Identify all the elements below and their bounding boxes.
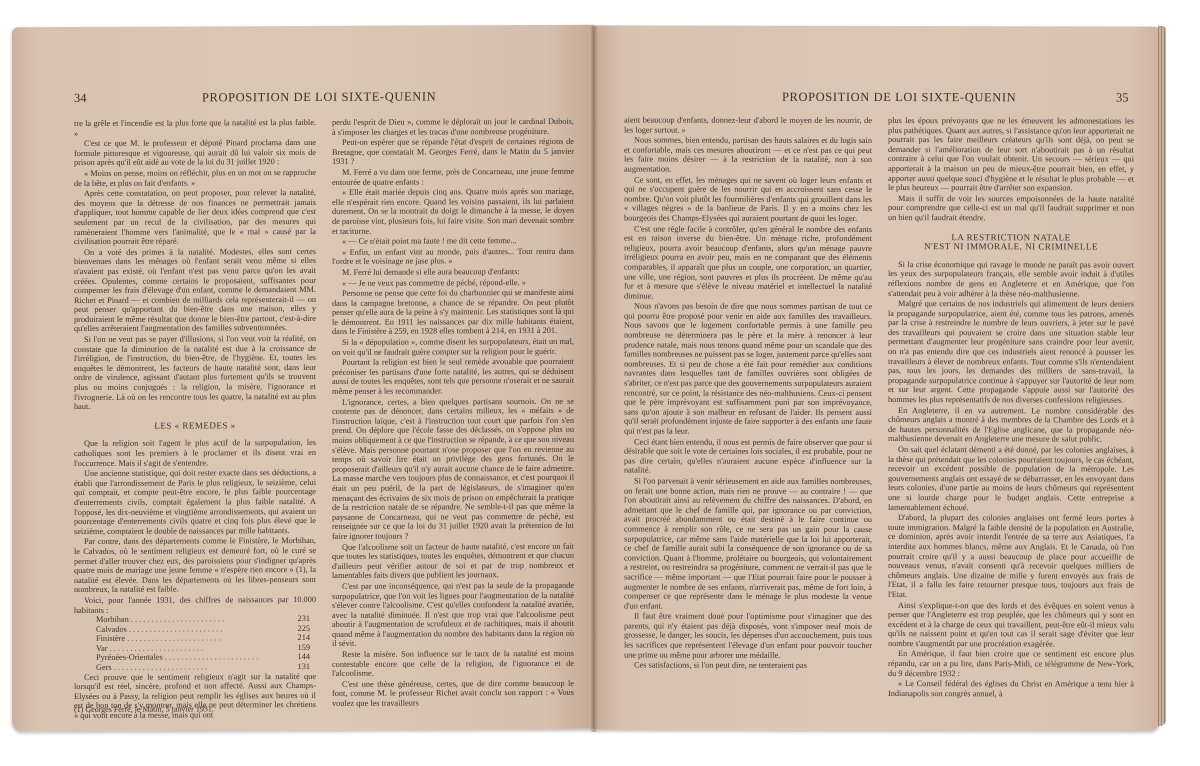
paragraph: C'est ce que M. le professeur et député … xyxy=(74,138,316,168)
page-number-right: 35 xyxy=(1116,91,1129,106)
paragraph: Si la « dépopulation », comme disent les… xyxy=(332,337,574,357)
paragraph: M. Ferré lui demande si elle aura beauco… xyxy=(332,267,574,278)
leader-dots: . . . . . . . . . . . . . . . . . . . . … xyxy=(163,653,282,663)
section-heading-line-2: N'EST NI IMMORALE, NI CRIMINELLE xyxy=(888,242,1134,252)
paragraph: M. Ferré a vu dans une ferme, près de Co… xyxy=(332,167,574,187)
paragraph: En Amérique, il faut bien croire que ce … xyxy=(888,649,1134,678)
paragraph: Ceci étant bien entendu, il nous est per… xyxy=(624,437,872,476)
paragraph: perdu l'esprit de Dieu », comme le déplo… xyxy=(332,117,574,137)
quote-paragraph: « — Je ne veux pas commettre de péché, r… xyxy=(332,277,574,288)
paragraph: Voici, pour l'année 1931, des chiffres d… xyxy=(74,595,316,615)
page-edges xyxy=(1158,26,1166,726)
left-page: 34 PROPOSITION DE LOI SIXTE-QUENIN tre l… xyxy=(12,25,594,732)
paragraph: Pourtant la religion est bien le seul re… xyxy=(332,357,574,396)
paragraph: Que la religion soit l'agent le plus act… xyxy=(74,438,316,468)
quote-paragraph: « Le Conseil fédéral des églises du Chri… xyxy=(888,679,1134,699)
paragraph: Nous n'avons pas besoin de dire que nous… xyxy=(624,302,872,437)
right-page-column-1: aient beaucoup d'enfants, donnez-leur d'… xyxy=(624,115,872,670)
page-number-left: 34 xyxy=(74,91,87,106)
footnote: (1) Georges Ferré, le Matin, 5 janvier 1… xyxy=(74,704,214,714)
paragraph: Personne ne pense que cette foi du charb… xyxy=(332,288,574,337)
paragraph: C'est par une inconséquence, qui n'est p… xyxy=(332,581,574,649)
paragraph: Par contre, dans des départements comme … xyxy=(74,536,316,595)
paragraph: C'est une thèse généreuse, certes, que d… xyxy=(332,679,574,709)
births-table: Morbihan . . . . . . . . . . . . . . . .… xyxy=(74,614,316,673)
right-page-column-2: plus les époux prévoyants que ne les éme… xyxy=(888,116,1134,699)
quote-paragraph: « Elle était mariée depuis cinq ans. Qua… xyxy=(332,187,574,236)
running-head-left: PROPOSITION DE LOI SIXTE-QUENIN xyxy=(202,89,436,105)
quote-paragraph: « Enfin, un enfant vint au monde, puis d… xyxy=(332,247,574,267)
paragraph: Ainsi s'explique-t-on que des lords et d… xyxy=(888,601,1134,649)
left-page-column-1: tre la grêle et l'incendie est la plus f… xyxy=(74,118,316,721)
paragraph: D'abord, la plupart des colonies anglais… xyxy=(888,513,1134,600)
paragraph: L'ignorance, certes, a bien quelques par… xyxy=(332,396,574,541)
paragraph: Reste la misère. Son influence sur le ta… xyxy=(332,649,574,679)
paragraph: Que l'alcoolisme soit un facteur de haut… xyxy=(332,541,574,580)
paragraph: Mais il suffit de voir les sources empoi… xyxy=(888,194,1134,223)
paragraph: Nous sommes, bien entendu, partisan des … xyxy=(624,136,872,175)
open-book-spread: 34 PROPOSITION DE LOI SIXTE-QUENIN tre l… xyxy=(12,22,1168,740)
book-gutter xyxy=(590,26,598,732)
paragraph: Si l'on ne veut pas se payer d'illusions… xyxy=(74,334,316,412)
paragraph: aient beaucoup d'enfants, donnez-leur d'… xyxy=(624,115,872,135)
paragraph: Peut-on espérer que se répande l'état d'… xyxy=(332,137,574,167)
running-head-right: PROPOSITION DE LOI SIXTE-QUENIN xyxy=(782,90,1016,105)
paragraph: plus les époux prévoyants que ne les éme… xyxy=(888,116,1134,193)
quote-paragraph: « Moins on pense, moins on réfléchit, pl… xyxy=(74,168,316,188)
paragraph: En Angleterre, il en va autrement. Le no… xyxy=(888,406,1134,445)
paragraph: tre la grêle et l'incendie est la plus f… xyxy=(74,118,316,138)
paragraph: On a voté des primes à la natalité. Mode… xyxy=(74,247,316,334)
paragraph: Malgré que certains de nos industriels q… xyxy=(888,299,1134,405)
paragraph: On sait quel éclatant démenti a été donn… xyxy=(888,445,1134,513)
section-heading-remedes: LES « REMEDES » xyxy=(74,421,316,432)
paragraph: Une ancienne statistique, qui doit reste… xyxy=(74,468,316,536)
paragraph: Ce sont, en effet, les ménages qui ne sa… xyxy=(624,175,872,223)
table-row: Gers . . . . . . . . . . . . . . . . . .… xyxy=(74,662,316,673)
paragraph: Il faut être vraiment doué pour l'optimi… xyxy=(624,612,872,660)
paragraph: Si l'on parvenait à venir sérieusement e… xyxy=(624,476,872,611)
paragraph: Si la crise économique qui ravage le mon… xyxy=(888,260,1134,299)
right-page: PROPOSITION DE LOI SIXTE-QUENIN 35 aient… xyxy=(594,25,1160,730)
paragraph: C'est une règle facile à contrôler, qu'e… xyxy=(624,224,872,301)
quote-paragraph: « — Ce n'était point ma faute ! me dit c… xyxy=(332,236,574,247)
paragraph: Après cette constatation, on peut propos… xyxy=(74,188,316,247)
paragraph: Ces satisfactions, si l'on peut dire, ne… xyxy=(624,661,872,671)
leader-dots: . . . . . . . . . . . . . . . . . . . . … xyxy=(112,662,282,672)
left-page-column-2: perdu l'esprit de Dieu », comme le déplo… xyxy=(332,117,574,709)
